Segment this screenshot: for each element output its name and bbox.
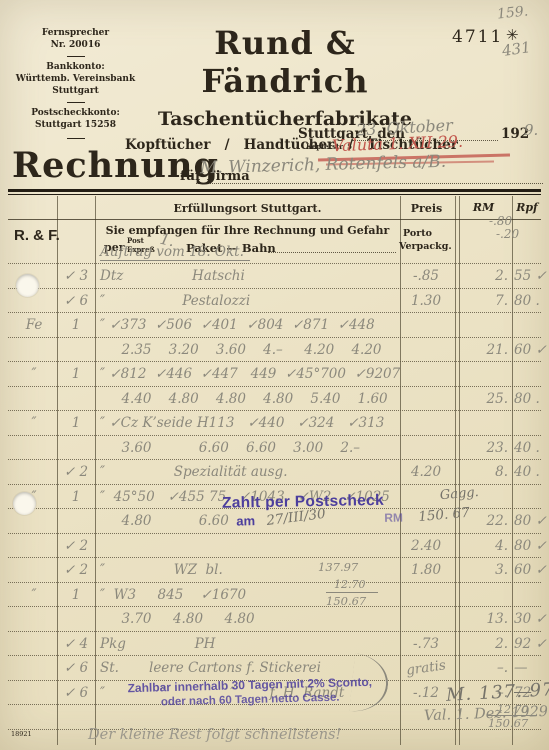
row-qty: 1: [58, 415, 94, 431]
row-description: 3.70 4.80 4.80: [100, 611, 400, 627]
divider: [67, 56, 85, 57]
row-qty: ✓ 2: [58, 464, 94, 480]
row-amount-pf: 92 ✓: [514, 636, 548, 652]
row-price: -.85: [398, 268, 454, 284]
row-qty: ✓ 4: [58, 636, 94, 652]
row-description: Pkg PH: [100, 636, 400, 652]
row-qty: ✓ 6: [58, 685, 94, 701]
row-description: Dtz Hatschi: [100, 268, 400, 284]
row-amount-pf: 55 ✓: [514, 268, 548, 284]
footer-pencil-note: Der kleine Rest folgt schnellstens!: [88, 727, 341, 743]
row-price: 4.20: [398, 464, 454, 480]
row-qty: 1: [58, 587, 94, 603]
porto-amount-pf: -.20: [496, 227, 519, 241]
double-rule-bottom: [8, 194, 541, 195]
order-number: 4711: [452, 27, 503, 47]
phone-number: Nr. 20016: [8, 40, 143, 52]
table-row: ″ 1 ″ W3 845 ✓1670: [0, 587, 549, 607]
col-header-price: Preis: [398, 202, 455, 215]
row-amount-pf: 60 ✓: [514, 342, 548, 358]
table-row: ✓ 2 ″ Spezialität ausg. 4.20 8. 40 .: [0, 464, 549, 484]
row-qty: ✓ 3: [58, 268, 94, 284]
row-amount-rm: 13.: [450, 611, 508, 627]
table-row: ✓ 2 ″ WZ bl. 1.80 3. 60 ✓: [0, 562, 549, 582]
row-price: -.73: [398, 636, 454, 652]
row-description: ″ ✓373 ✓506 ✓401 ✓804 ✓871 ✓448: [100, 317, 400, 333]
double-rule-top: [8, 189, 541, 192]
header-rule: [8, 219, 541, 220]
folio-number: 159.: [496, 3, 529, 22]
pencil-sum-a: 137.97: [318, 560, 358, 574]
row-qty: 1: [58, 317, 94, 333]
row-qty: 1: [58, 366, 94, 382]
handwritten-year-digit: 9.: [524, 121, 538, 139]
row-price: 1.80: [398, 562, 454, 578]
porto-label: Porto: [403, 228, 432, 239]
row-amount-rm: 2.: [450, 636, 508, 652]
row-amount-rm: 4.: [450, 538, 508, 554]
pencil-sum-c: 150.67: [326, 594, 366, 608]
row-mark: ″: [14, 366, 54, 382]
col-header-rm: RM: [455, 201, 512, 214]
row-mark: Fe: [14, 317, 54, 333]
col-header-fulfillment: Erfüllungsort Stuttgart.: [95, 202, 400, 215]
row-amount-rm: 8.: [450, 464, 508, 480]
table-row: Auftrag vom 18. Okt.: [0, 244, 549, 264]
stamp-amount-handwritten: 150. 67: [418, 505, 471, 525]
row-amount-rm: 7.: [450, 293, 508, 309]
stamp-am-label: am: [236, 513, 255, 528]
row-qty: ✓ 2: [58, 538, 94, 554]
row-description: Auftrag vom 18. Okt.: [100, 244, 250, 261]
divider: [67, 102, 85, 103]
porto-amount-rm: -.80: [489, 214, 512, 228]
table-row: ✓ 2 2.40 4. 80 ✓: [0, 538, 549, 558]
row-amount-rm: 23.: [450, 440, 508, 456]
bank-name: Württemb. Vereinsbank: [8, 74, 143, 86]
rf-mark: R. & F.: [14, 227, 60, 244]
table-row: 4.40 4.80 4.80 4.80 5.40 1.60 25. 80 .: [0, 391, 549, 411]
row-description: ″ ✓Cz K’seide H113 ✓440 ✓324 ✓313: [100, 415, 400, 431]
row-qty: 1: [58, 489, 94, 505]
table-row: ″ 1 ″ ✓812 ✓446 ✓447 449 ✓45°700 ✓9207: [0, 366, 549, 386]
table-row: 2.35 3.20 3.60 4.– 4.20 4.20 21. 60 ✓: [0, 342, 549, 362]
row-price: 1.30: [398, 293, 454, 309]
row-amount-pf: —: [514, 660, 548, 676]
row-qty: ✓ 6: [58, 293, 94, 309]
table-row: Fe 1 ″ ✓373 ✓506 ✓401 ✓804 ✓871 ✓448: [0, 317, 549, 337]
table-row: ✓ 4 Pkg PH -.73 2. 92 ✓: [0, 636, 549, 656]
row-amount-rm: –.: [450, 660, 508, 676]
giro-label: Postscheckkonto:: [8, 108, 143, 120]
punch-hole-bottom: [13, 492, 36, 515]
row-amount-pf: 80 ✓: [514, 538, 548, 554]
bank-label: Bankkonto:: [8, 62, 143, 74]
row-description: 4.40 4.80 4.80 4.80 5.40 1.60: [100, 391, 400, 407]
row-description: ″ ✓812 ✓446 ✓447 449 ✓45°700 ✓9207: [100, 366, 400, 382]
row-amount-pf: 40 .: [514, 464, 548, 480]
form-number: 18921: [11, 730, 32, 738]
letterhead-contact-block: Fernsprecher Nr. 20016 Bankkonto: Württe…: [8, 28, 143, 145]
table-row: ✓ 6 ″ Pestalozzi 1.30 7. 80 .: [0, 293, 549, 313]
col-header-pf: Rpf: [512, 201, 542, 214]
row-mark: ″: [14, 587, 54, 603]
table-row: 3.70 4.80 4.80 13. 30 ✓: [0, 611, 549, 631]
phone-label: Fernsprecher: [8, 28, 143, 40]
row-price: 2.40: [398, 538, 454, 554]
row-description: 3.60 6.60 6.60 3.00 2.–: [100, 440, 400, 456]
table-row: 3.60 6.60 6.60 3.00 2.– 23. 40 .: [0, 440, 549, 460]
row-price: gratis: [397, 656, 455, 680]
row-amount-pf: 30 ✓: [514, 611, 548, 627]
row-description: ″ Spezialität ausg.: [100, 464, 400, 480]
bank-city: Stuttgart: [8, 86, 143, 98]
divider: [67, 138, 85, 139]
company-name: Rund & Fändrich: [125, 24, 445, 100]
row-amount-pf: 80 .: [514, 293, 548, 309]
giro-number: Stuttgart 15258: [8, 120, 143, 132]
row-amount-rm: 25.: [450, 391, 508, 407]
row-amount-pf: 80 .: [514, 391, 548, 407]
invoice-scan: Fernsprecher Nr. 20016 Bankkonto: Württe…: [0, 0, 549, 750]
table-row: ✓ 3 Dtz Hatschi -.85 2. 55 ✓: [0, 268, 549, 288]
pencil-sum-line: [326, 592, 378, 593]
row-amount-rm: 3.: [450, 562, 508, 578]
row-mark: ″: [14, 415, 54, 431]
table-row: ″ 1 ″ ✓Cz K’seide H113 ✓440 ✓324 ✓313: [0, 415, 549, 435]
row-qty: ✓ 6: [58, 660, 94, 676]
stamp-rm-label: RM: [384, 511, 403, 525]
row-amount-rm: 21.: [450, 342, 508, 358]
row-amount-pf: 40 .: [514, 440, 548, 456]
punch-hole-top: [16, 274, 39, 297]
row-amount-pf: 60 ✓: [514, 562, 548, 578]
row-qty: ✓ 2: [58, 562, 94, 578]
row-description: 2.35 3.20 3.60 4.– 4.20 4.20: [100, 342, 400, 358]
pencil-sum-b: 12.70: [334, 578, 366, 591]
row-amount-rm: 2.: [450, 268, 508, 284]
row-description: ″ Pestalozzi: [100, 293, 400, 309]
